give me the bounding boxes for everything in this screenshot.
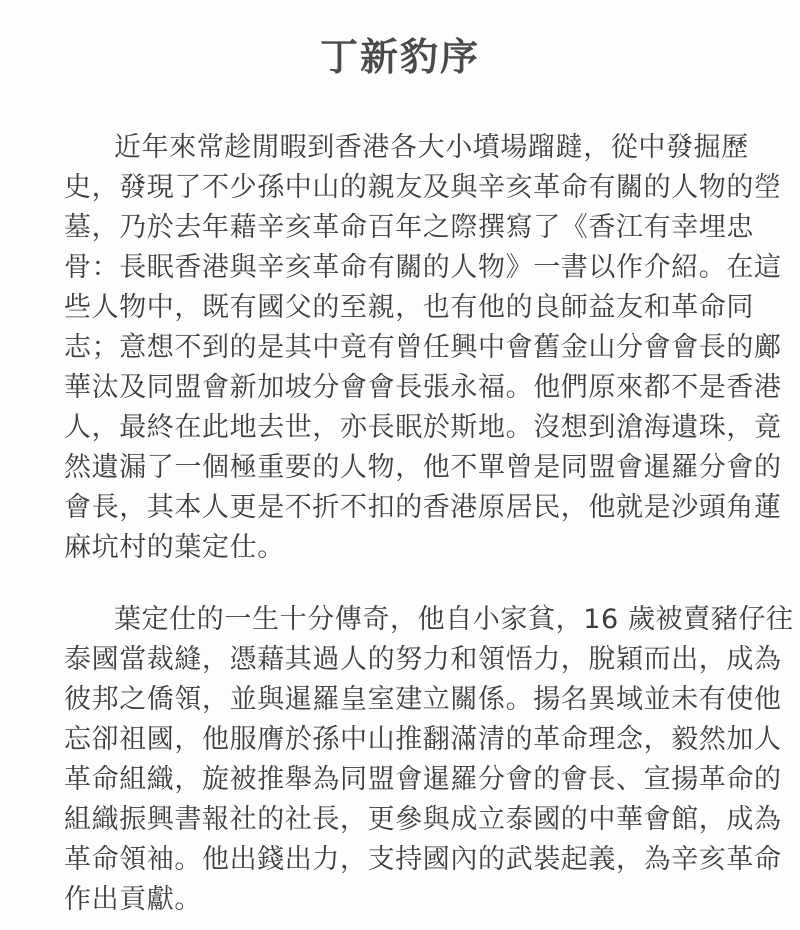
paragraph-1: 近年來常趁閒暇到香港各大小墳場蹓躂，從中發掘歷 史，發現了不少孫中山的親友及與辛…: [64, 128, 728, 568]
text-line: 彼邦之僑領，並與暹羅皇室建立關係。揚名異域並未有使他: [64, 680, 728, 720]
text-line: 組織振興書報社的社長，更參與成立泰國的中華會館，成為: [64, 800, 728, 840]
text-line: 墓，乃於去年藉辛亥革命百年之際撰寫了《香江有幸埋忠: [64, 208, 728, 248]
text-line: 史，發現了不少孫中山的親友及與辛亥革命有關的人物的塋: [64, 168, 728, 208]
text-line: 會長，其本人更是不折不扣的香港原居民，他就是沙頭角蓮: [64, 488, 728, 528]
text-line: 革命組織，旋被推舉為同盟會暹羅分會的會長、宣揚革命的: [64, 760, 728, 800]
document-page: 丁新豹序 近年來常趁閒暇到香港各大小墳場蹓躂，從中發掘歷 史，發現了不少孫中山的…: [0, 0, 800, 930]
text-line: 忘卻祖國，他服膺於孫中山推翻滿清的革命理念，毅然加人: [64, 720, 728, 760]
text-line: 近年來常趁閒暇到香港各大小墳場蹓躂，從中發掘歷: [64, 128, 728, 168]
text-line: 人，最終在此地去世，亦長眠於斯地。沒想到滄海遺珠，竟: [64, 408, 728, 448]
text-line: 革命領袖。他出錢出力，支持國內的武裝起義，為辛亥革命: [64, 840, 728, 880]
text-line: 麻坑村的葉定仕。: [64, 528, 728, 568]
paragraph-2: 葉定仕的一生十分傳奇，他自小家貧，16 歲被賣豬仔往 泰國當裁縫，憑藉其過人的努…: [64, 600, 728, 920]
text-line: 骨：長眠香港與辛亥革命有關的人物》一書以作介紹。在這: [64, 248, 728, 288]
text-line: 然遺漏了一個極重要的人物，他不單曾是同盟會暹羅分會的: [64, 448, 728, 488]
document-title: 丁新豹序: [0, 32, 800, 82]
text-line: 作出貢獻。: [64, 880, 728, 920]
text-line: 泰國當裁縫，憑藉其過人的努力和領悟力，脫穎而出，成為: [64, 640, 728, 680]
text-line: 些人物中，既有國父的至親，也有他的良師益友和革命同: [64, 288, 728, 328]
text-line: 葉定仕的一生十分傳奇，他自小家貧，16 歲被賣豬仔往: [64, 600, 728, 640]
text-line: 華汰及同盟會新加坡分會會長張永福。他們原來都不是香港: [64, 368, 728, 408]
text-line: 志；意想不到的是其中竟有曾任興中會舊金山分會會長的鄺: [64, 328, 728, 368]
